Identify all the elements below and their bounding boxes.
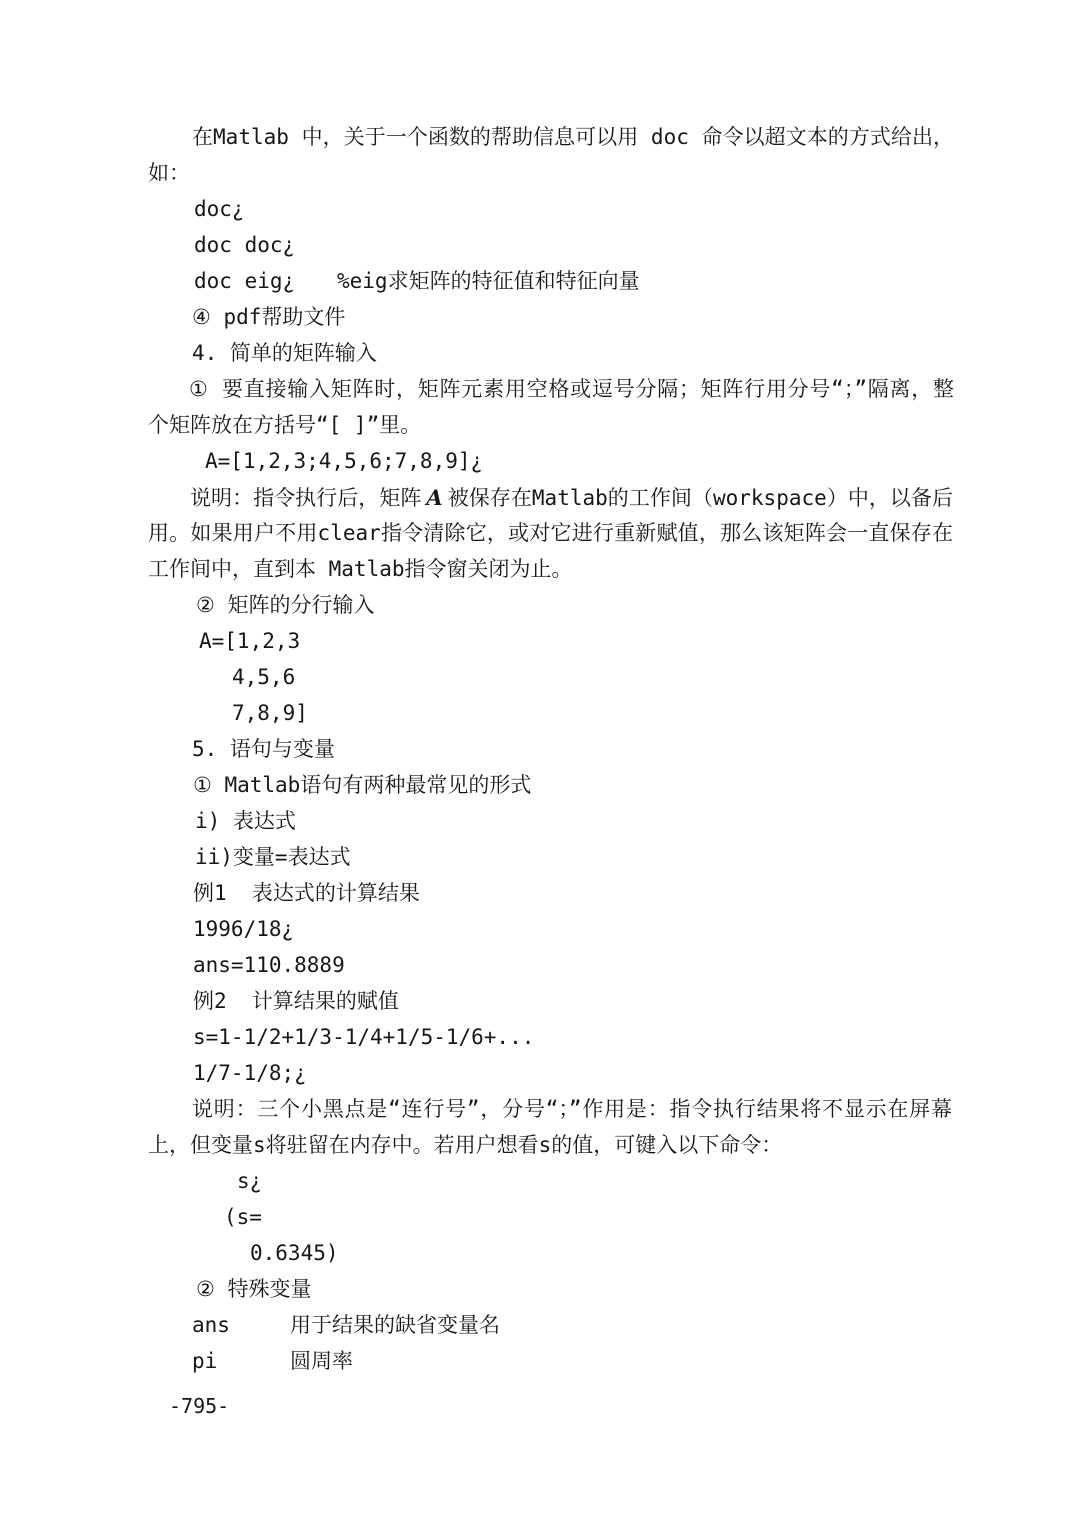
list-item-line: i) 表达式 bbox=[195, 808, 296, 835]
body-text: 说明：指令执行后，矩阵 bbox=[190, 486, 421, 510]
code-line: A=[1,2,3 bbox=[199, 628, 300, 655]
code-text: doc eig¿ bbox=[194, 269, 295, 293]
body-text: ② 特殊变量 bbox=[196, 1277, 311, 1301]
comment-text: %eig求矩阵的特征值和特征向量 bbox=[337, 269, 640, 293]
body-text: ② 矩阵的分行输入 bbox=[196, 593, 374, 617]
code-text: 4,5,6 bbox=[232, 665, 295, 689]
body-text: ④ pdf帮助文件 bbox=[192, 305, 345, 329]
list-item-line: ② 特殊变量 bbox=[196, 1276, 311, 1303]
code-line: 0.6345) bbox=[250, 1240, 339, 1267]
body-text: 例1 表达式的计算结果 bbox=[193, 881, 420, 905]
code-line: 4,5,6 bbox=[232, 664, 295, 691]
heading-text: 4. 简单的矩阵输入 bbox=[192, 341, 377, 365]
definition-text: 用于结果的缺省变量名 bbox=[290, 1312, 500, 1339]
body-text: 圆周率 bbox=[290, 1349, 353, 1373]
body-text: 在Matlab 中，关于一个函数的帮助信息可以用 doc 命令以超文本的方式给出… bbox=[192, 125, 954, 149]
list-item-line: ② 矩阵的分行输入 bbox=[196, 592, 374, 619]
body-text: 用。如果用户不用clear指令清除它，或对它进行重新赋值，那么该矩阵会一直保存在 bbox=[148, 521, 953, 545]
heading-line: 4. 简单的矩阵输入 bbox=[192, 340, 377, 367]
paragraph-line: 上，但变量s将驻留在内存中。若用户想看s的值，可键入以下命令： bbox=[148, 1132, 782, 1159]
code-line: s¿ bbox=[237, 1168, 262, 1195]
heading-line: 5. 语句与变量 bbox=[192, 736, 335, 763]
code-line: ans=110.8889 bbox=[193, 952, 345, 979]
list-item-line: ii)变量=表达式 bbox=[195, 844, 351, 871]
heading-text: 5. 语句与变量 bbox=[192, 737, 335, 761]
definition-text: 圆周率 bbox=[290, 1348, 353, 1375]
code-text: 1996/18¿ bbox=[193, 917, 294, 941]
body-text: 用于结果的缺省变量名 bbox=[290, 1313, 500, 1337]
code-line: 1/7-1/8;¿ bbox=[193, 1060, 307, 1087]
code-text: ans=110.8889 bbox=[193, 953, 345, 977]
code-line: (s= bbox=[224, 1204, 262, 1231]
matrix-variable-a: A bbox=[421, 485, 447, 510]
code-comment: %eig求矩阵的特征值和特征向量 bbox=[337, 268, 640, 295]
body-text: ii)变量=表达式 bbox=[195, 845, 351, 869]
code-text: doc¿ bbox=[194, 197, 245, 221]
code-text: A=[1,2,3;4,5,6;7,8,9]¿ bbox=[205, 449, 483, 473]
paragraph-line: 说明：三个小黑点是“连行号”，分号“；”作用是：指令执行结果将不显示在屏幕 bbox=[192, 1096, 952, 1123]
code-line: doc eig¿ bbox=[194, 268, 295, 295]
code-text: A=[1,2,3 bbox=[199, 629, 300, 653]
body-text: ① Matlab语句有两种最常见的形式 bbox=[193, 773, 531, 797]
code-line: doc¿ bbox=[194, 196, 245, 223]
paragraph-line: 如： bbox=[148, 160, 190, 187]
list-item-line: ① Matlab语句有两种最常见的形式 bbox=[193, 772, 531, 799]
body-text: 例2 计算结果的赋值 bbox=[193, 989, 399, 1013]
code-text: s¿ bbox=[237, 1169, 262, 1193]
paragraph-line: 工作间中，直到本 Matlab指令窗关闭为止。 bbox=[148, 556, 573, 583]
paragraph-line: ① 要直接输入矩阵时，矩阵元素用空格或逗号分隔；矩阵行用分号“；”隔离，整 bbox=[189, 376, 954, 403]
paragraph-line: 个矩阵放在方括号“[ ]”里。 bbox=[148, 412, 421, 439]
paragraph-line: 说明：指令执行后，矩阵A被保存在Matlab的工作间（workspace）中，以… bbox=[190, 484, 953, 512]
body-text: 工作间中，直到本 Matlab指令窗关闭为止。 bbox=[148, 557, 573, 581]
page-number: -795- bbox=[169, 1393, 229, 1420]
code-text: s=1-1/2+1/3-1/4+1/5-1/6+... bbox=[193, 1025, 534, 1049]
code-text: 7,8,9] bbox=[232, 701, 308, 725]
body-text: ① 要直接输入矩阵时，矩阵元素用空格或逗号分隔；矩阵行用分号“；”隔离，整 bbox=[189, 377, 954, 401]
body-text: 说明：三个小黑点是“连行号”，分号“；”作用是：指令执行结果将不显示在屏幕 bbox=[192, 1097, 952, 1121]
code-text: doc doc¿ bbox=[194, 233, 295, 257]
example-heading: 例1 表达式的计算结果 bbox=[193, 880, 420, 907]
paragraph-line: 用。如果用户不用clear指令清除它，或对它进行重新赋值，那么该矩阵会一直保存在 bbox=[148, 520, 953, 547]
list-item-line: ④ pdf帮助文件 bbox=[192, 304, 345, 331]
code-text: 1/7-1/8;¿ bbox=[193, 1061, 307, 1085]
document-page: 在Matlab 中，关于一个函数的帮助信息可以用 doc 命令以超文本的方式给出… bbox=[0, 0, 1087, 1536]
example-heading: 例2 计算结果的赋值 bbox=[193, 988, 399, 1015]
code-line: s=1-1/2+1/3-1/4+1/5-1/6+... bbox=[193, 1024, 534, 1051]
body-text: i) 表达式 bbox=[195, 809, 296, 833]
body-text: 如： bbox=[148, 161, 190, 185]
code-text: 0.6345) bbox=[250, 1241, 339, 1265]
code-text: pi bbox=[192, 1349, 217, 1373]
body-text: 上，但变量s将驻留在内存中。若用户想看s的值，可键入以下命令： bbox=[148, 1133, 782, 1157]
code-line: A=[1,2,3;4,5,6;7,8,9]¿ bbox=[205, 448, 483, 475]
code-text: (s= bbox=[224, 1205, 262, 1229]
code-line: 1996/18¿ bbox=[193, 916, 294, 943]
body-text: 被保存在Matlab的工作间（workspace）中，以备后 bbox=[448, 486, 953, 510]
definition-term: ans bbox=[192, 1312, 230, 1339]
definition-term: pi bbox=[192, 1348, 217, 1375]
code-line: 7,8,9] bbox=[232, 700, 308, 727]
code-text: ans bbox=[192, 1313, 230, 1337]
paragraph-line: 在Matlab 中，关于一个函数的帮助信息可以用 doc 命令以超文本的方式给出… bbox=[192, 124, 954, 151]
body-text: 个矩阵放在方括号“[ ]”里。 bbox=[148, 413, 421, 437]
code-line: doc doc¿ bbox=[194, 232, 295, 259]
